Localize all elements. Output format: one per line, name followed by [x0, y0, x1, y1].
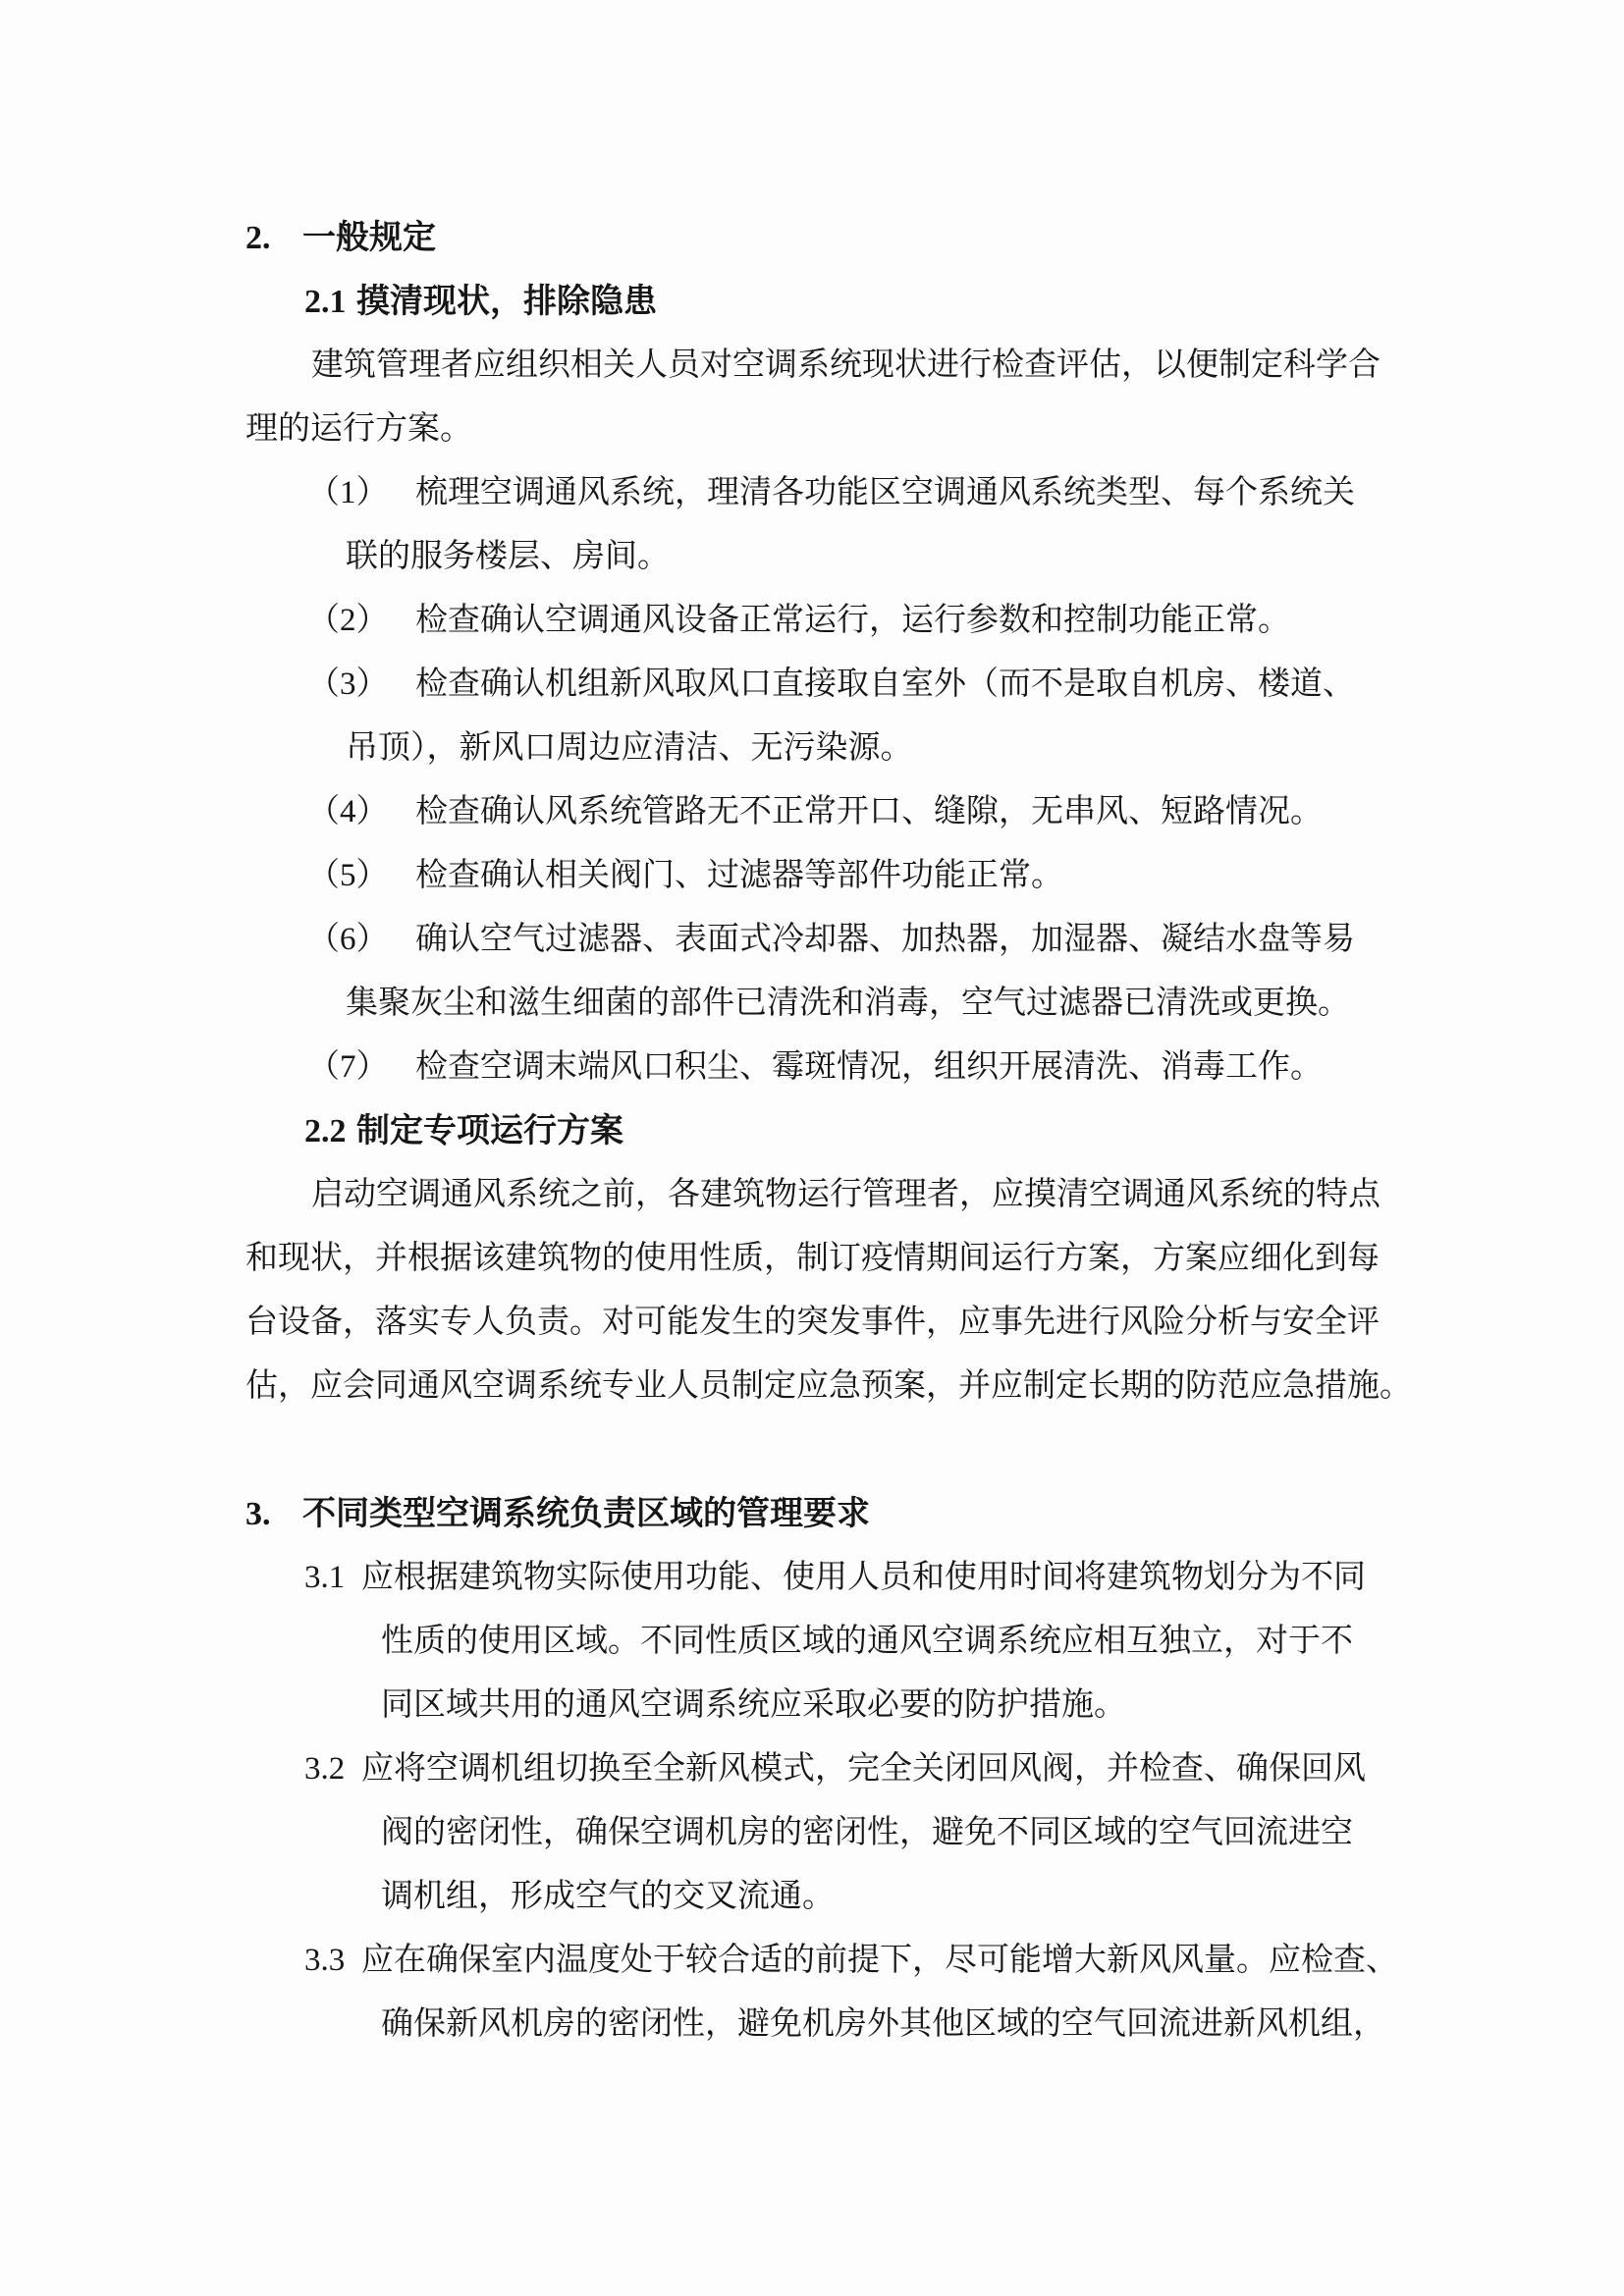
list-item-line: 检查确认空调通风设备正常运行，运行参数和控制功能正常。 [415, 589, 1290, 653]
list-item-row: （1） 梳理空调通风系统，理清各功能区空调通风系统类型、每个系统关 [0, 461, 1624, 525]
clause-line: 确保新风机房的密闭性，避免机房外其他区域的空气回流进新风机组， [381, 1993, 1385, 2056]
clause-row: 3.1 应根据建筑物实际使用功能、使用人员和使用时间将建筑物划分为不同 [0, 1546, 1624, 1610]
paragraph-row: 启动空调通风系统之前，各建筑物运行管理者，应摸清空调通风系统的特点 [0, 1163, 1624, 1227]
section-number: 2. [245, 206, 271, 270]
clause-row: 阀的密闭性，确保空调机房的密闭性，避免不同区域的空气回流进空 [0, 1801, 1624, 1865]
paragraph-line: 启动空调通风系统之前，各建筑物运行管理者，应摸清空调通风系统的特点 [311, 1163, 1380, 1227]
list-item-line: 集聚灰尘和滋生细菌的部件已清洗和消毒，空气过滤器已清洗或更换。 [346, 972, 1350, 1036]
list-item-line: 检查确认机组新风取风口直接取自室外（而不是取自机房、楼道、 [415, 653, 1355, 717]
clause-row: 确保新风机房的密闭性，避免机房外其他区域的空气回流进新风机组， [0, 1993, 1624, 2056]
paragraph-line: 和现状，并根据该建筑物的使用性质，制订疫情期间运行方案，方案应细化到每 [245, 1227, 1380, 1291]
list-item-marker: （4） [307, 780, 389, 844]
section-3-heading: 3. 不同类型空调系统负责区域的管理要求 [0, 1482, 1624, 1546]
list-item-marker: （6） [307, 908, 389, 972]
list-item-row: （3） 检查确认机组新风取风口直接取自室外（而不是取自机房、楼道、 [0, 653, 1624, 717]
list-item-row: （2） 检查确认空调通风设备正常运行，运行参数和控制功能正常。 [0, 589, 1624, 653]
clause-row: 3.2 应将空调机组切换至全新风模式，完全关闭回风阀，并检查、确保回风 [0, 1737, 1624, 1801]
clause-line: 调机组，形成空气的交叉流通。 [381, 1865, 835, 1929]
section-title: 不同类型空调系统负责区域的管理要求 [302, 1482, 870, 1546]
list-item-line: 梳理空调通风系统，理清各功能区空调通风系统类型、每个系统关 [415, 461, 1355, 525]
subsection-title: 制定专项运行方案 [356, 1099, 623, 1163]
list-item-line: 吊顶），新风口周边应清洁、无污染源。 [346, 717, 913, 780]
clause-line: 同区域共用的通风空调系统应采取必要的防护措施。 [381, 1674, 1126, 1737]
clause-line: 阀的密闭性，确保空调机房的密闭性，避免不同区域的空气回流进空 [381, 1801, 1353, 1865]
blank-line [0, 1418, 1624, 1482]
clause-row: 同区域共用的通风空调系统应采取必要的防护措施。 [0, 1674, 1624, 1737]
list-item-row: 联的服务楼层、房间。 [0, 525, 1624, 589]
paragraph-row: 理的运行方案。 [0, 398, 1624, 461]
paragraph-row: 台设备，落实专人负责。对可能发生的突发事件，应事先进行风险分析与安全评 [0, 1291, 1624, 1355]
list-item-line: 确认空气过滤器、表面式冷却器、加热器，加湿器、凝结水盘等易 [415, 908, 1355, 972]
list-item-marker: （1） [307, 461, 389, 525]
list-item-line: 联的服务楼层、房间。 [346, 525, 670, 589]
paragraph-row: 和现状，并根据该建筑物的使用性质，制订疫情期间运行方案，方案应细化到每 [0, 1227, 1624, 1291]
list-item-marker: （5） [307, 844, 389, 908]
list-item-marker: （2） [307, 589, 389, 653]
list-item-row: 吊顶），新风口周边应清洁、无污染源。 [0, 717, 1624, 780]
clause-line: 应将空调机组切换至全新风模式，完全关闭回风阀，并检查、确保回风 [361, 1737, 1366, 1801]
section-number: 3. [245, 1482, 271, 1546]
list-item-line: 检查空调末端风口积尘、霉斑情况，组织开展清洗、消毒工作。 [415, 1036, 1323, 1099]
clause-row: 调机组，形成空气的交叉流通。 [0, 1865, 1624, 1929]
paragraph-row: 建筑管理者应组织相关人员对空调系统现状进行检查评估，以便制定科学合 [0, 334, 1624, 398]
paragraph-line: 建筑管理者应组织相关人员对空调系统现状进行检查评估，以便制定科学合 [311, 334, 1380, 398]
section-2-heading: 2. 一般规定 [0, 206, 1624, 270]
list-item-row: （6） 确认空气过滤器、表面式冷却器、加热器，加湿器、凝结水盘等易 [0, 908, 1624, 972]
list-item-row: （5） 检查确认相关阀门、过滤器等部件功能正常。 [0, 844, 1624, 908]
paragraph-line: 估，应会同通风空调系统专业人员制定应急预案，并应制定长期的防范应急措施。 [245, 1355, 1412, 1418]
subsection-number: 2.1 [304, 270, 347, 334]
subsection-number: 2.2 [304, 1099, 347, 1163]
list-item-row: （7） 检查空调末端风口积尘、霉斑情况，组织开展清洗、消毒工作。 [0, 1036, 1624, 1099]
clause-number: 3.2 [304, 1737, 345, 1801]
list-item-line: 检查确认风系统管路无不正常开口、缝隙，无串风、短路情况。 [415, 780, 1323, 844]
paragraph-line: 台设备，落实专人负责。对可能发生的突发事件，应事先进行风险分析与安全评 [245, 1291, 1380, 1355]
paragraph-row: 估，应会同通风空调系统专业人员制定应急预案，并应制定长期的防范应急措施。 [0, 1355, 1624, 1418]
list-item-row: 集聚灰尘和滋生细菌的部件已清洗和消毒，空气过滤器已清洗或更换。 [0, 972, 1624, 1036]
clause-row: 3.3 应在确保室内温度处于较合适的前提下，尽可能增大新风风量。应检查、 [0, 1929, 1624, 1993]
document-page: 2. 一般规定 2.1 摸清现状，排除隐患 建筑管理者应组织相关人员对空调系统现… [0, 0, 1624, 2296]
clause-row: 性质的使用区域。不同性质区域的通风空调系统应相互独立，对于不 [0, 1610, 1624, 1674]
list-item-row: （4） 检查确认风系统管路无不正常开口、缝隙，无串风、短路情况。 [0, 780, 1624, 844]
clause-line: 应在确保室内温度处于较合适的前提下，尽可能增大新风风量。应检查、 [361, 1929, 1398, 1993]
clause-number: 3.1 [304, 1546, 345, 1610]
paragraph-line: 理的运行方案。 [245, 398, 472, 461]
subsection-2-1-heading: 2.1 摸清现状，排除隐患 [0, 270, 1624, 334]
list-item-line: 检查确认相关阀门、过滤器等部件功能正常。 [415, 844, 1063, 908]
clause-number: 3.3 [304, 1929, 345, 1993]
section-title: 一般规定 [302, 206, 436, 270]
list-item-marker: （7） [307, 1036, 389, 1099]
list-item-marker: （3） [307, 653, 389, 717]
clause-line: 性质的使用区域。不同性质区域的通风空调系统应相互独立，对于不 [381, 1610, 1353, 1674]
clause-line: 应根据建筑物实际使用功能、使用人员和使用时间将建筑物划分为不同 [361, 1546, 1366, 1610]
subsection-title: 摸清现状，排除隐患 [356, 270, 657, 334]
subsection-2-2-heading: 2.2 制定专项运行方案 [0, 1099, 1624, 1163]
